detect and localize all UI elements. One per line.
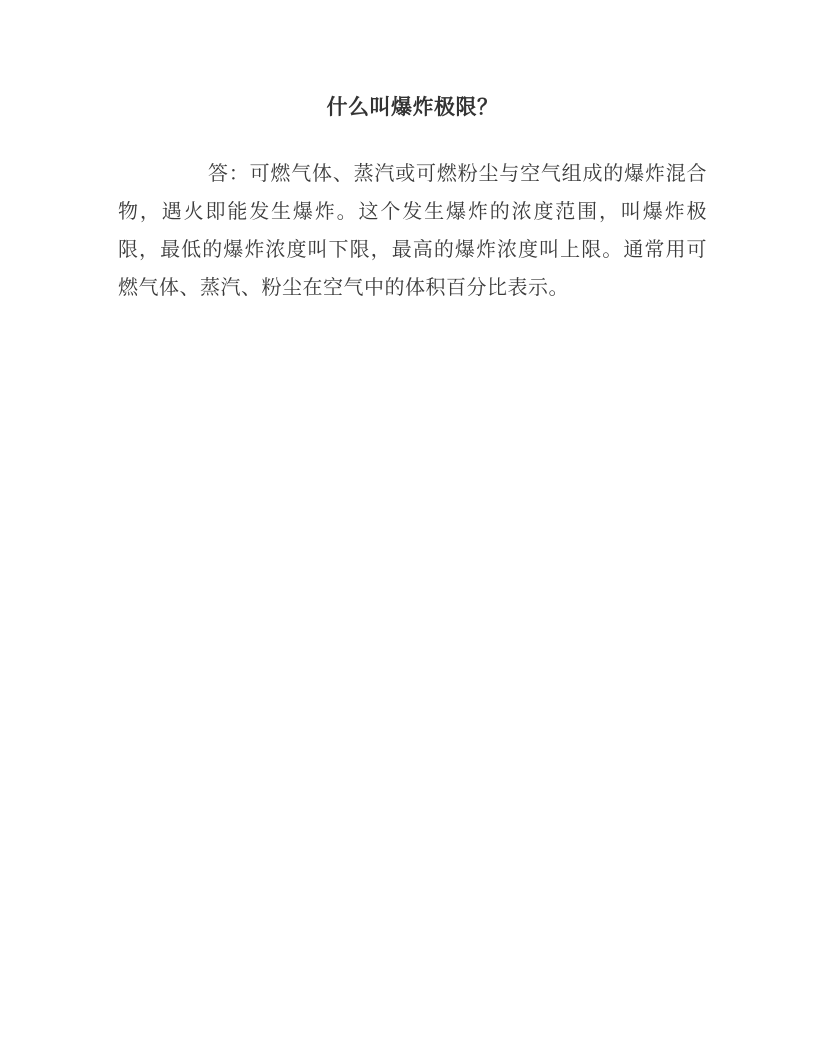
answer-paragraph: 答：可燃气体、蒸汽或可燃粉尘与空气组成的爆炸混合物，遇火即能发生爆炸。这个发生爆… — [118, 155, 707, 307]
document-page: 什么叫爆炸极限？ 答：可燃气体、蒸汽或可燃粉尘与空气组成的爆炸混合物，遇火即能发… — [0, 0, 816, 1056]
document-title: 什么叫爆炸极限？ — [118, 95, 707, 119]
